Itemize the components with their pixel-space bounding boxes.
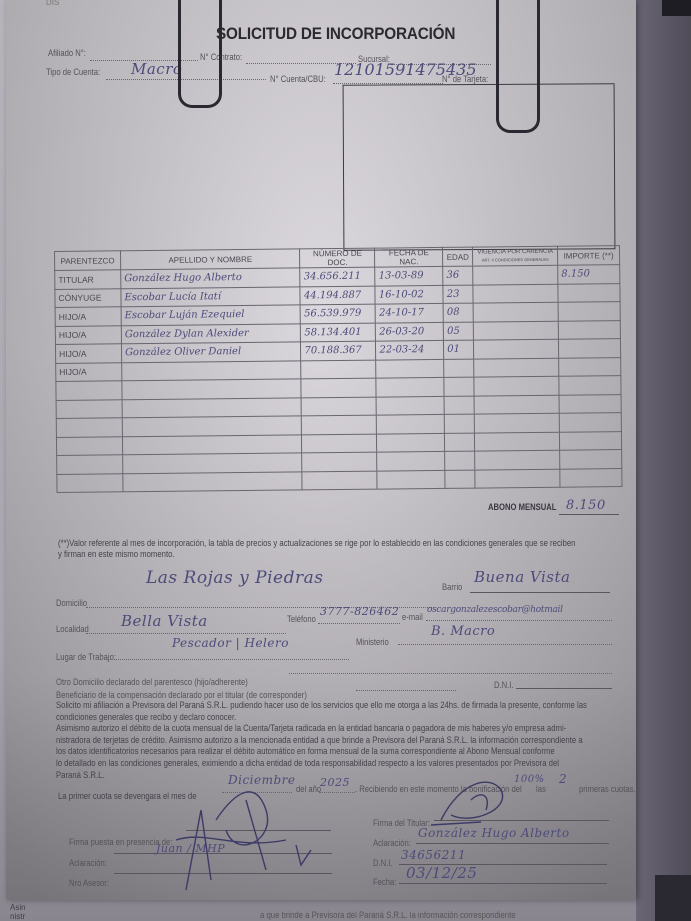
cell-importe[interactable]: [558, 302, 620, 321]
cell-nombre[interactable]: [122, 379, 302, 399]
cell-parentezco[interactable]: HIJO/A: [56, 362, 122, 381]
family-table: PARENTEZCO APELLIDO Y NOMBRE NÚMERO DE D…: [54, 245, 623, 493]
cell-doc[interactable]: 56.539.979: [301, 304, 376, 323]
col-edad: EDAD: [443, 247, 473, 266]
dni-field[interactable]: [516, 688, 612, 689]
cell-fecha[interactable]: [376, 396, 444, 415]
cell-edad[interactable]: [445, 470, 475, 489]
cell-vigencia[interactable]: [473, 284, 558, 303]
fecha-value: 03/12/25: [406, 864, 477, 882]
ministerio-label: Ministerio: [356, 637, 389, 647]
barrio-value: Buena Vista: [474, 568, 570, 586]
tarjeta-label: N° de Tarjeta:: [442, 74, 488, 84]
cell-edad[interactable]: 01: [444, 340, 474, 359]
otro-domicilio-field[interactable]: [289, 673, 612, 674]
cell-edad[interactable]: 36: [443, 266, 473, 285]
cell-importe[interactable]: [558, 339, 620, 358]
ministerio-value: B. Macro: [431, 624, 495, 639]
cell-importe[interactable]: [559, 431, 621, 450]
cell-edad[interactable]: [444, 359, 474, 378]
paperclip: [178, 0, 222, 108]
cell-nombre[interactable]: González Oliver Daniel: [121, 342, 301, 362]
asesor-label: Nro Asesor:: [69, 878, 109, 888]
legal-line: nistradora de terjetas de crédito. Asimi…: [56, 735, 587, 747]
beneficiario-label: Beneficiario de la compensación declarad…: [56, 690, 307, 700]
background-shadow: [655, 875, 691, 921]
background-surface: [636, 0, 691, 921]
telefono-field[interactable]: [318, 623, 400, 624]
cell-vigencia[interactable]: [473, 321, 558, 340]
email-label: e-mail: [402, 612, 423, 622]
dni-sig-label: D.N.I.: [373, 858, 393, 868]
cell-parentezco[interactable]: [57, 473, 123, 492]
cell-vigencia[interactable]: [474, 413, 559, 432]
col-fecha: FECHA DE NAC.: [375, 247, 443, 267]
cell-nombre[interactable]: [123, 453, 303, 473]
cell-fecha[interactable]: [376, 359, 444, 378]
aclaracion-right-field[interactable]: [416, 843, 609, 844]
cell-vigencia[interactable]: [473, 265, 558, 284]
cell-vigencia[interactable]: [475, 432, 560, 451]
email-field[interactable]: [426, 620, 612, 621]
cell-edad[interactable]: [444, 377, 474, 396]
cell-fecha[interactable]: [377, 433, 445, 452]
cell-parentezco[interactable]: TITULAR: [55, 270, 121, 289]
cell-vigencia[interactable]: [474, 376, 559, 395]
advisor-signature: [116, 770, 356, 910]
cell-parentezco[interactable]: CÓNYUGE: [55, 288, 121, 307]
col-vigencia: VIGENCIA POR CARENCIA ART. 4 CONDICIONES…: [473, 246, 558, 266]
cell-doc[interactable]: [301, 378, 376, 397]
cell-fecha[interactable]: 24-10-17: [375, 303, 443, 322]
abono-mensual-label: ABONO MENSUAL: [488, 502, 556, 512]
cell-nombre[interactable]: González Hugo Alberto: [121, 268, 301, 288]
cell-parentezco[interactable]: [56, 381, 122, 400]
cell-vigencia[interactable]: [473, 302, 558, 321]
form-title: SOLICITUD DE INCORPORACIÓN: [216, 24, 455, 44]
cell-nombre[interactable]: [122, 434, 302, 454]
cuotas-value: 2: [559, 772, 567, 786]
fecha-field[interactable]: [399, 883, 607, 884]
col-nombre: APELLIDO Y NOMBRE: [120, 249, 300, 270]
cell-nombre[interactable]: [122, 360, 302, 380]
cell-doc[interactable]: 44.194.887: [300, 286, 375, 305]
cell-fecha[interactable]: [377, 451, 445, 470]
cell-doc[interactable]: 34.656.211: [300, 267, 375, 286]
cell-fecha[interactable]: [377, 414, 445, 433]
cell-edad[interactable]: 05: [443, 322, 473, 341]
cell-fecha[interactable]: 22-03-24: [376, 340, 444, 359]
trabajo-label: Lugar de Trabajo:: [56, 652, 116, 662]
cell-doc[interactable]: [302, 415, 377, 434]
cell-nombre[interactable]: [122, 416, 302, 436]
cell-parentezco[interactable]: HIJO/A: [55, 307, 121, 326]
cell-importe[interactable]: [558, 283, 620, 302]
col-importe: IMPORTE (**): [557, 246, 619, 266]
cell-nombre[interactable]: [123, 471, 303, 491]
domicilio-label: Domicilio: [56, 598, 87, 608]
col-doc: NÚMERO DE DOC.: [300, 248, 375, 268]
top-mark: DIS: [46, 0, 59, 7]
otro-domicilio-label: Otro Domicilio declarado del parentesco …: [56, 677, 248, 687]
col-parentezco: PARENTEZCO: [55, 251, 121, 271]
cell-importe[interactable]: [560, 450, 622, 469]
localidad-label: Localidad: [56, 624, 89, 634]
ministerio-field[interactable]: [398, 644, 612, 645]
cell-edad[interactable]: 23: [443, 285, 473, 304]
cell-edad[interactable]: [445, 451, 475, 470]
footnote: (**)Valor referente al mes de incorporac…: [58, 538, 575, 561]
telefono-label: Teléfono: [287, 614, 316, 624]
legal-line: Asimismo autorizo el débito de la cuota …: [56, 723, 587, 735]
cell-edad[interactable]: [444, 396, 474, 415]
cell-parentezco[interactable]: [56, 436, 122, 455]
cell-vigencia[interactable]: [474, 395, 559, 414]
domicilio-value: Las Rojas y Piedras: [146, 568, 323, 588]
legal-text: Solicito mi afiliación a Previsora del P…: [56, 700, 587, 781]
beneficiario-field[interactable]: [356, 690, 456, 691]
form-page: DIS SOLICITUD DE INCORPORACIÓN Afiliado …: [6, 0, 636, 900]
aclaracion-right-label: Aclaración:: [373, 838, 411, 848]
cell-doc[interactable]: [302, 471, 377, 490]
email-value: oscargonzalezescobar@hotmail: [427, 605, 563, 615]
cell-vigencia[interactable]: [475, 469, 560, 488]
legal-line: condiciones generales que recibo y decla…: [56, 712, 587, 724]
cell-edad[interactable]: 08: [443, 303, 473, 322]
barrio-label: Barrio: [442, 582, 462, 592]
cell-importe[interactable]: [559, 413, 621, 432]
abono-mensual-field[interactable]: [559, 514, 619, 515]
background-shadow: [662, 0, 691, 16]
legal-line: Solicito mi afiliación a Previsora del P…: [56, 700, 587, 712]
cell-doc[interactable]: 58.134.401: [301, 323, 376, 342]
cell-doc[interactable]: 70.188.367: [301, 341, 376, 360]
cell-fecha[interactable]: 16-10-02: [375, 285, 443, 304]
cell-importe[interactable]: [559, 376, 621, 395]
cell-fecha[interactable]: 26-03-20: [376, 322, 444, 341]
cell-doc[interactable]: [302, 434, 377, 453]
margin-fragment: nistr: [10, 912, 25, 921]
cuotas-suffix: primeras cuotas.-: [579, 784, 638, 794]
cell-parentezco[interactable]: [57, 455, 123, 474]
trabajo-value: Pescador | Helero: [172, 636, 289, 650]
afiliado-label: Afiliado N°:: [48, 48, 86, 58]
margin-fragment: Asin: [10, 903, 26, 912]
cell-parentezco[interactable]: HIJO/A: [55, 344, 121, 363]
cell-importe[interactable]: [559, 394, 621, 413]
cell-fecha[interactable]: 13-03-89: [375, 266, 443, 285]
under-sheet-text: a que brinde a Previsora del Paraná S.R.…: [260, 910, 516, 921]
aclaracion-left-label: Aclaración:: [69, 858, 107, 868]
cell-importe[interactable]: [559, 357, 621, 376]
localidad-field[interactable]: [86, 633, 286, 634]
cell-importe[interactable]: [560, 468, 622, 487]
legal-line: lo detallado en las condiciones generale…: [56, 758, 587, 770]
cell-edad[interactable]: [445, 433, 475, 452]
cell-vigencia[interactable]: [474, 339, 559, 358]
cell-vigencia[interactable]: [474, 358, 559, 377]
telefono-value: 3777-826462: [320, 605, 399, 618]
cell-importe[interactable]: [558, 320, 620, 339]
cell-parentezco[interactable]: [56, 399, 122, 418]
cell-parentezco[interactable]: [56, 418, 122, 437]
legal-line: los datos identificatorios necesarios pa…: [56, 746, 587, 758]
localidad-value: Bella Vista: [121, 612, 208, 630]
titular-signature: [421, 770, 541, 830]
tipo-cuenta-label: Tipo de Cuenta:: [46, 67, 100, 77]
fecha-label: Fecha:: [373, 877, 396, 887]
cell-nombre[interactable]: González Dylan Alexider: [121, 323, 301, 343]
cell-edad[interactable]: [444, 414, 474, 433]
cell-importe[interactable]: 8.150: [558, 265, 620, 284]
paperclip: [496, 0, 540, 133]
barrio-field[interactable]: [470, 592, 610, 593]
abono-mensual-value: 8.150: [566, 498, 606, 513]
cell-fecha[interactable]: [376, 377, 444, 396]
tarjeta-box[interactable]: [343, 83, 616, 250]
cell-nombre[interactable]: [122, 397, 302, 417]
cuenta-cbu-label: N° Cuenta/CBU:: [270, 74, 326, 84]
cell-doc[interactable]: [301, 397, 376, 416]
tipo-cuenta-value: Macro: [131, 60, 182, 78]
cell-nombre[interactable]: Escobar Lucía Itatí: [121, 286, 301, 306]
cell-vigencia[interactable]: [475, 450, 560, 469]
dni-label: D.N.I.: [494, 680, 514, 690]
cell-nombre[interactable]: Escobar Luján Ezequiel: [121, 305, 301, 325]
trabajo-field[interactable]: [104, 659, 349, 660]
cell-parentezco[interactable]: HIJO/A: [55, 325, 121, 344]
cell-fecha[interactable]: [377, 470, 445, 489]
dni-sig-value: 34656211: [401, 848, 466, 862]
cell-doc[interactable]: [301, 360, 376, 379]
cell-doc[interactable]: [302, 452, 377, 471]
